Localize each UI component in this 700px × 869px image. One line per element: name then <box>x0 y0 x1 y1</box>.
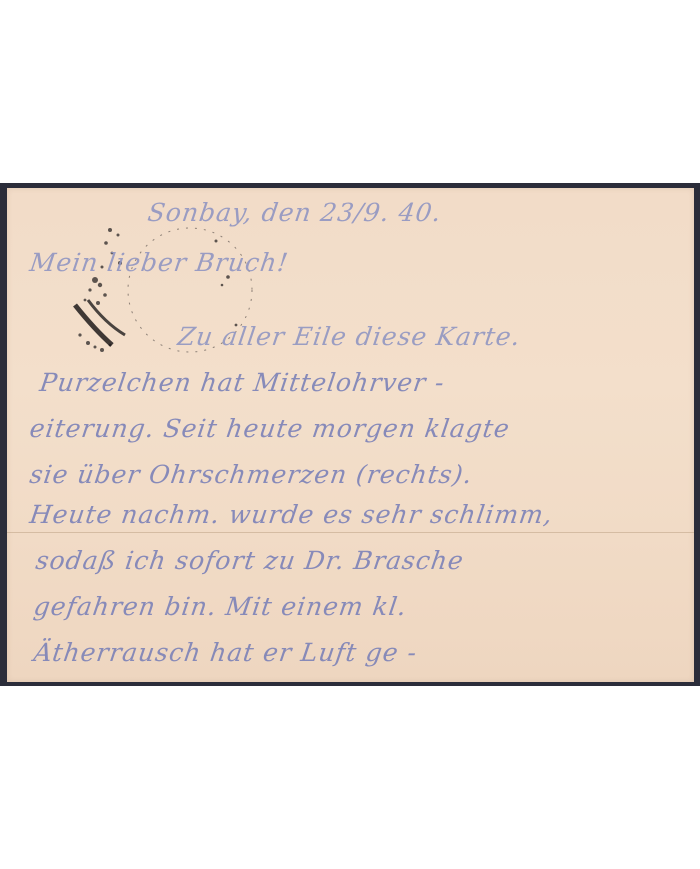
letter-line-7: gefahren bin. Mit einem kl. <box>32 592 409 621</box>
letter-line-3: eiterung. Seit heute morgen klagte <box>28 414 512 443</box>
date-line: Sonbay, den 23/9. 40. <box>146 198 444 227</box>
greeting: Mein lieber Bruch! <box>28 248 291 277</box>
letter-line-8: Ätherrausch hat er Luft ge - <box>32 638 419 667</box>
letter-line-4: sie über Ohrschmerzen (rechts). <box>28 460 475 489</box>
letter-line-2: Purzelchen hat Mittelohrver - <box>38 368 447 397</box>
letter-line-5: Heute nachm. wurde es sehr schlimm, <box>28 500 555 529</box>
letter-line-1: Zu aller Eile diese Karte. <box>176 322 523 351</box>
letter-line-6: sodaß ich sofort zu Dr. Brasche <box>34 546 466 575</box>
fold-line <box>7 532 694 533</box>
